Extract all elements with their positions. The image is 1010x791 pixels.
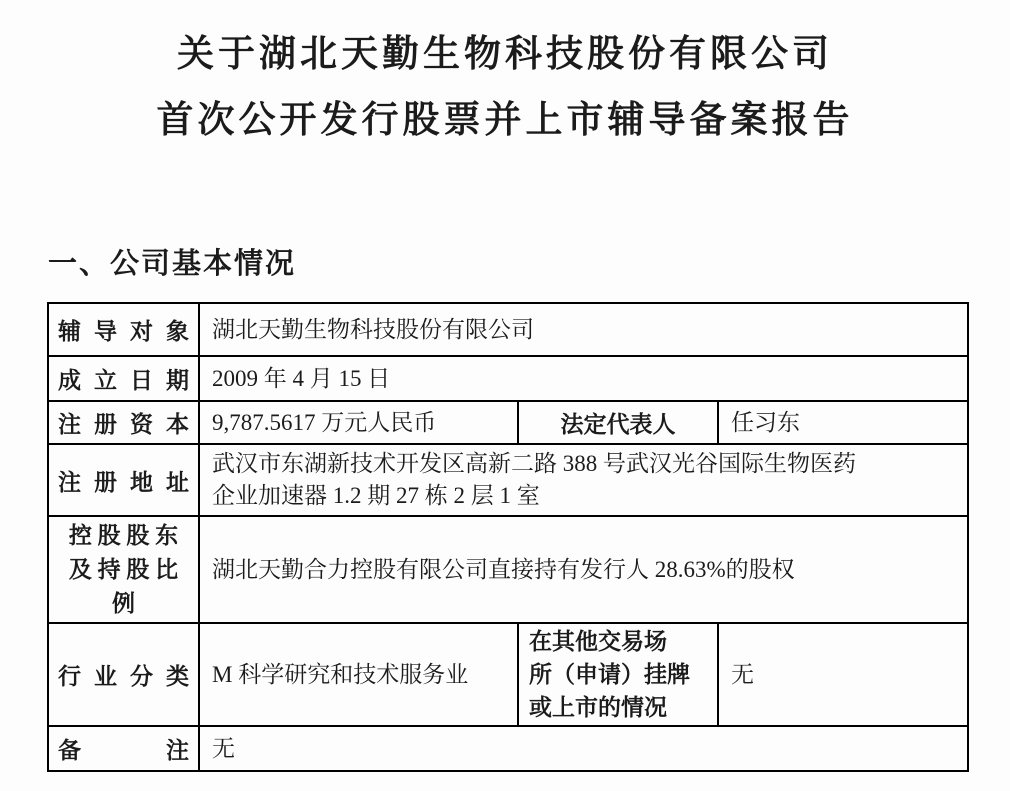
row-label-legal-representative: 法定代表人 <box>518 401 718 444</box>
row-value-establish-date: 2009 年 4 月 15 日 <box>199 356 968 401</box>
table-row-industry: 行 业 分 类 M 科学研究和技术服务业 在其他交易场 所（申请）挂牌 或上市的… <box>48 623 968 726</box>
row-value-guidance-target: 湖北天勤生物科技股份有限公司 <box>199 303 968 356</box>
row-label-registered-address: 注 册 地 址 <box>48 444 199 516</box>
table-row-remarks: 备 注 无 <box>48 726 968 771</box>
section-heading: 一、公司基本情况 <box>48 246 1010 282</box>
row-value-legal-representative: 任习东 <box>718 401 968 444</box>
row-value-controlling-shareholder: 湖北天勤合力控股有限公司直接持有发行人 28.63%的股权 <box>199 516 968 623</box>
document-page: 关于湖北天勤生物科技股份有限公司 首次公开发行股票并上市辅导备案报告 一、公司基… <box>0 0 1010 791</box>
document-title-line1: 关于湖北天勤生物科技股份有限公司 <box>0 22 1010 88</box>
row-label-industry: 行 业 分 类 <box>48 623 199 726</box>
table-row-registered-address: 注 册 地 址 武汉市东湖新技术开发区高新二路 388 号武汉光谷国际生物医药 … <box>48 444 968 516</box>
row-label-controlling-shareholder: 控 股 股 东 及 持 股 比 例 <box>48 516 199 623</box>
row-label-establish-date: 成 立 日 期 <box>48 356 199 401</box>
document-title: 关于湖北天勤生物科技股份有限公司 首次公开发行股票并上市辅导备案报告 <box>0 0 1010 154</box>
row-value-industry: M 科学研究和技术服务业 <box>199 623 518 726</box>
row-value-remarks: 无 <box>199 726 968 771</box>
table-row-guidance-target: 辅 导 对 象 湖北天勤生物科技股份有限公司 <box>48 303 968 356</box>
row-label-guidance-target: 辅 导 对 象 <box>48 303 199 356</box>
row-value-registered-address: 武汉市东湖新技术开发区高新二路 388 号武汉光谷国际生物医药 企业加速器 1.… <box>199 444 968 516</box>
row-label-registered-capital: 注 册 资 本 <box>48 401 199 444</box>
company-info-table: 辅 导 对 象 湖北天勤生物科技股份有限公司 成 立 日 期 2009 年 4 … <box>47 302 969 772</box>
document-title-line2: 首次公开发行股票并上市辅导备案报告 <box>0 88 1010 154</box>
row-value-registered-capital: 9,787.5617 万元人民币 <box>199 401 518 444</box>
table-row-registered-capital: 注 册 资 本 9,787.5617 万元人民币 法定代表人 任习东 <box>48 401 968 444</box>
table-row-controlling-shareholder: 控 股 股 东 及 持 股 比 例 湖北天勤合力控股有限公司直接持有发行人 28… <box>48 516 968 623</box>
row-label-other-listing: 在其他交易场 所（申请）挂牌 或上市的情况 <box>518 623 718 726</box>
row-label-remarks: 备 注 <box>48 726 199 771</box>
row-value-other-listing: 无 <box>718 623 968 726</box>
table-row-establish-date: 成 立 日 期 2009 年 4 月 15 日 <box>48 356 968 401</box>
